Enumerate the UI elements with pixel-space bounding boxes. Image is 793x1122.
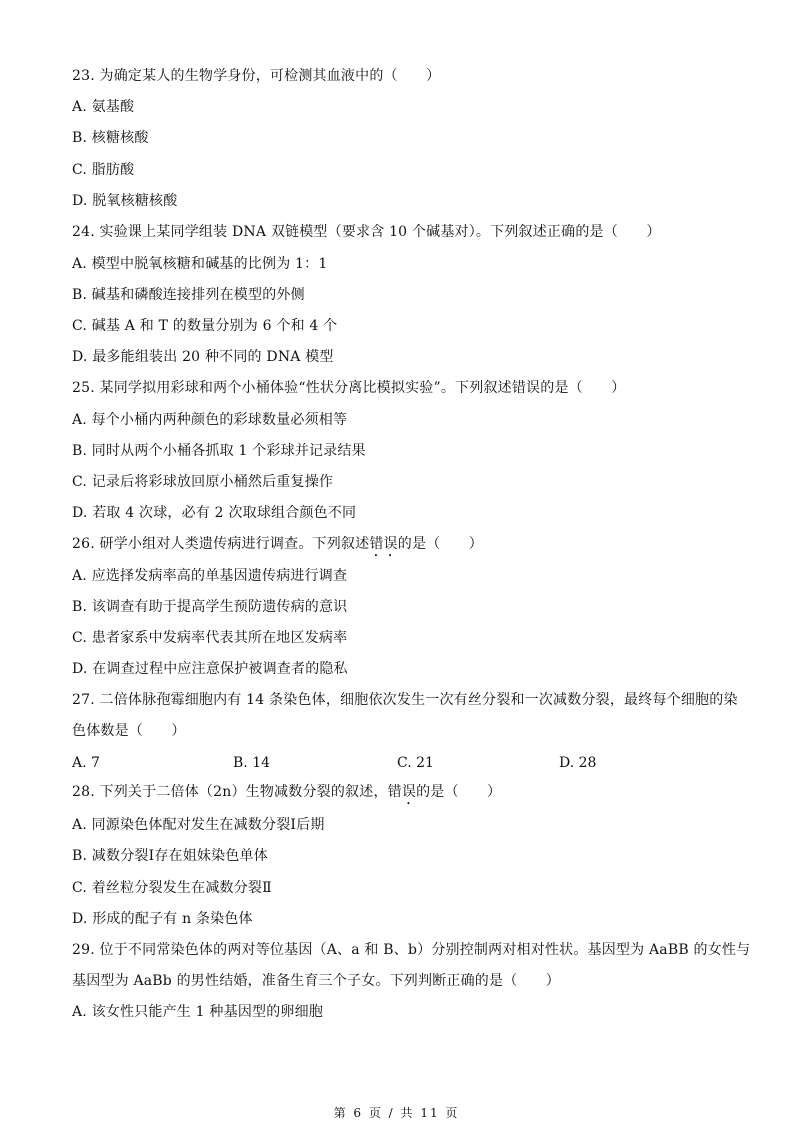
- question-25-option-c: C. 记录后将彩球放回原小桶然后重复操作: [72, 473, 333, 491]
- question-number: 26.: [72, 536, 95, 552]
- question-27-stem-line1: 27. 二倍体脉孢霉细胞内有 14 条染色体，细胞依次发生一次有丝分裂和一次减数…: [72, 691, 738, 709]
- question-number: 29.: [72, 942, 95, 958]
- question-text-end: 的是（ ）: [416, 784, 501, 800]
- question-27-option-b: B. 14: [233, 754, 270, 772]
- question-23-stem: 23. 为确定某人的生物学身份，可检测其血液中的（ ）: [72, 67, 440, 85]
- question-23-option-c: C. 脂肪酸: [72, 161, 134, 179]
- question-29-stem-line2: 基因型为 AaBb 的男性结婚，准备生育三个子女。下列判断正确的是（ ）: [72, 972, 560, 990]
- question-text-end: 的是（ ）: [398, 536, 483, 552]
- question-25-option-b: B. 同时从两个小桶各抓取 1 个彩球并记录结果: [72, 442, 366, 460]
- question-26-option-d: D. 在调查过程中应注意保护被调查者的隐私: [72, 660, 348, 678]
- question-27-option-d: D. 28: [559, 754, 596, 772]
- question-23-option-b: B. 核糖核酸: [72, 129, 149, 147]
- exam-page: 23. 为确定某人的生物学身份，可检测其血液中的（ ） A. 氨基酸 B. 核糖…: [0, 0, 793, 1122]
- question-26-option-c: C. 患者家系中发病率代表其所在地区发病率: [72, 629, 347, 647]
- question-27-option-c: C. 21: [397, 754, 434, 772]
- question-number: 25.: [72, 380, 95, 396]
- question-28-option-c: C. 着丝粒分裂发生在减数分裂Ⅱ: [72, 879, 272, 897]
- question-28-option-d: D. 形成的配子有 n 条染色体: [72, 910, 253, 928]
- question-23-option-a: A. 氨基酸: [72, 98, 134, 116]
- question-26-option-a: A. 应选择发病率高的单基因遗传病进行调查: [72, 567, 347, 585]
- emphasized-keyword: 错误: [369, 536, 397, 552]
- question-29-stem-line1: 29. 位于不同常染色体的两对等位基因（A、a 和 B、b）分别控制两对相对性状…: [72, 941, 750, 959]
- question-23-option-d: D. 脱氧核糖核酸: [72, 192, 177, 210]
- question-28-option-a: A. 同源染色体配对发生在减数分裂Ⅰ后期: [72, 816, 325, 834]
- question-number: 23.: [72, 68, 95, 84]
- question-29-option-a: A. 该女性只能产生 1 种基因型的卵细胞: [72, 1003, 323, 1021]
- question-24-option-b: B. 碱基和磷酸连接排列在模型的外侧: [72, 286, 305, 304]
- question-number: 27.: [72, 692, 95, 708]
- question-26-option-b: B. 该调查有助于提高学生预防遗传病的意识: [72, 598, 347, 616]
- question-27-stem-line2: 色体数是（ ）: [72, 722, 186, 740]
- emphasized-keyword: 误: [402, 784, 416, 800]
- question-27-option-a: A. 7: [72, 754, 100, 772]
- question-number: 28.: [72, 784, 95, 800]
- question-text: 位于不同常染色体的两对等位基因（A、a 和 B、b）分别控制两对相对性状。基因型…: [100, 942, 751, 958]
- question-24-option-d: D. 最多能组装出 20 种不同的 DNA 模型: [72, 348, 334, 366]
- question-26-stem: 26. 研学小组对人类遗传病进行调查。下列叙述错误的是（ ）: [72, 535, 483, 560]
- question-28-option-b: B. 减数分裂Ⅰ存在姐妹染色单体: [72, 847, 268, 865]
- question-text: 研学小组对人类遗传病进行调查。下列叙述: [100, 536, 370, 552]
- question-text: 某同学拟用彩球和两个小桶体验“性状分离比模拟实验”。下列叙述错误的是（ ）: [100, 380, 626, 396]
- question-24-option-c: C. 碱基 A 和 T 的数量分别为 6 个和 4 个: [72, 317, 337, 335]
- question-28-stem: 28. 下列关于二倍体（2n）生物减数分裂的叙述，错误的是（ ）: [72, 783, 501, 808]
- question-24-option-a: A. 模型中脱氧核糖和碱基的比例为 1：1: [72, 255, 327, 273]
- question-text: 实验课上某同学组装 DNA 双链模型（要求含 10 个碱基对）。下列叙述正确的是…: [100, 224, 661, 240]
- question-number: 24.: [72, 224, 95, 240]
- question-text: 为确定某人的生物学身份，可检测其血液中的（ ）: [100, 68, 441, 84]
- question-text: 二倍体脉孢霉细胞内有 14 条染色体，细胞依次发生一次有丝分裂和一次减数分裂，最…: [100, 692, 738, 708]
- question-25-option-d: D. 若取 4 次球，必有 2 次取球组合颜色不同: [72, 504, 356, 522]
- page-number-footer: 第 6 页 / 共 11 页: [0, 1104, 793, 1121]
- question-25-option-a: A. 每个小桶内两种颜色的彩球数量必须相等: [72, 411, 347, 429]
- question-24-stem: 24. 实验课上某同学组装 DNA 双链模型（要求含 10 个碱基对）。下列叙述…: [72, 223, 661, 241]
- question-text: 下列关于二倍体（2n）生物减数分裂的叙述，错: [100, 784, 402, 800]
- question-25-stem: 25. 某同学拟用彩球和两个小桶体验“性状分离比模拟实验”。下列叙述错误的是（ …: [72, 379, 625, 397]
